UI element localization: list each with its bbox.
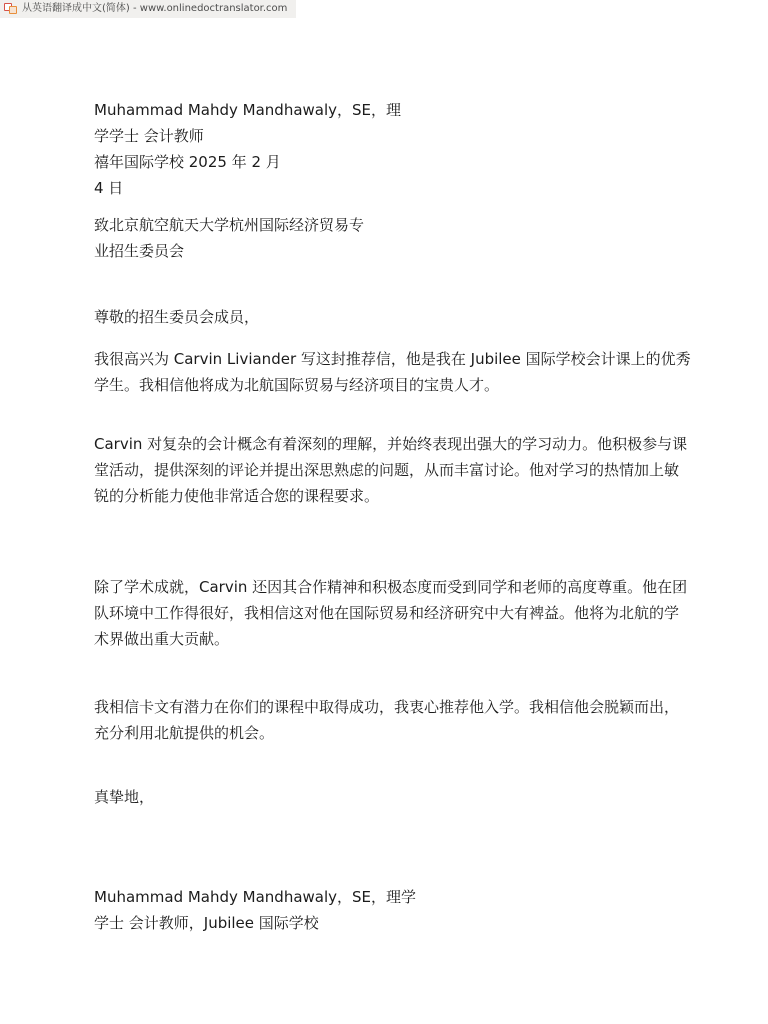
paragraph: 我很高兴为 Carvin Liviander 写这封推荐信，他是我在 Jubil… [94,346,694,398]
paragraph-line: 队环境中工作得很好，我相信这对他在国际贸易和经济研究中大有裨益。他将为北航的学 [94,600,694,626]
recipient-block: 致北京航空航天大学杭州国际经济贸易专 业招生委员会 [94,212,694,264]
signature-block: Muhammad Mahdy Mandhawaly，SE，理学 学士 会计教师，… [94,884,694,936]
sender-line: 禧年国际学校 2025 年 2 月 [94,149,694,175]
paragraph-line: 我相信卡文有潜力在你们的课程中取得成功，我衷心推荐他入学。我相信他会脱颖而出， [94,694,694,720]
signature-line: 学士 会计教师，Jubilee 国际学校 [94,910,694,936]
paragraph-line: 除了学术成就，Carvin 还因其合作精神和积极态度而受到同学和老师的高度尊重。… [94,574,694,600]
paragraph-line: 学生。我相信他将成为北航国际贸易与经济项目的宝贵人才。 [94,372,694,398]
recipient-line: 致北京航空航天大学杭州国际经济贸易专 [94,212,694,238]
sender-line: 学学士 会计教师 [94,123,694,149]
closing: 真挚地， [94,784,694,810]
sender-block: Muhammad Mahdy Mandhawaly，SE，理 学学士 会计教师 … [94,97,694,201]
letter-body: Muhammad Mahdy Mandhawaly，SE，理 学学士 会计教师 … [94,97,694,936]
paragraph-line: Carvin 对复杂的会计概念有着深刻的理解，并始终表现出强大的学习动力。他积极… [94,431,694,457]
paragraph-line: 充分利用北航提供的机会。 [94,720,694,746]
sender-line: Muhammad Mahdy Mandhawaly，SE，理 [94,97,694,123]
translator-banner-label: 从英语翻译成中文(简体) - www.onlinedoctranslator.c… [22,2,287,16]
paragraph: 除了学术成就，Carvin 还因其合作精神和积极态度而受到同学和老师的高度尊重。… [94,574,694,652]
signature-line: Muhammad Mahdy Mandhawaly，SE，理学 [94,884,694,910]
paragraph-line: 术界做出重大贡献。 [94,626,694,652]
recipient-line: 业招生委员会 [94,238,694,264]
paragraph-line: 锐的分析能力使他非常适合您的课程要求。 [94,483,694,509]
paragraph: Carvin 对复杂的会计概念有着深刻的理解，并始终表现出强大的学习动力。他积极… [94,431,694,509]
translate-pages-icon [4,3,18,15]
salutation: 尊敬的招生委员会成员， [94,304,694,330]
document-page: 从英语翻译成中文(简体) - www.onlinedoctranslator.c… [0,0,768,1024]
paragraph-line: 堂活动，提供深刻的评论并提出深思熟虑的问题，从而丰富讨论。他对学习的热情加上敏 [94,457,694,483]
sender-line: 4 日 [94,175,694,201]
translator-banner-link[interactable]: 从英语翻译成中文(简体) - www.onlinedoctranslator.c… [0,0,296,18]
paragraph: 我相信卡文有潜力在你们的课程中取得成功，我衷心推荐他入学。我相信他会脱颖而出， … [94,694,694,746]
paragraph-line: 我很高兴为 Carvin Liviander 写这封推荐信，他是我在 Jubil… [94,346,694,372]
